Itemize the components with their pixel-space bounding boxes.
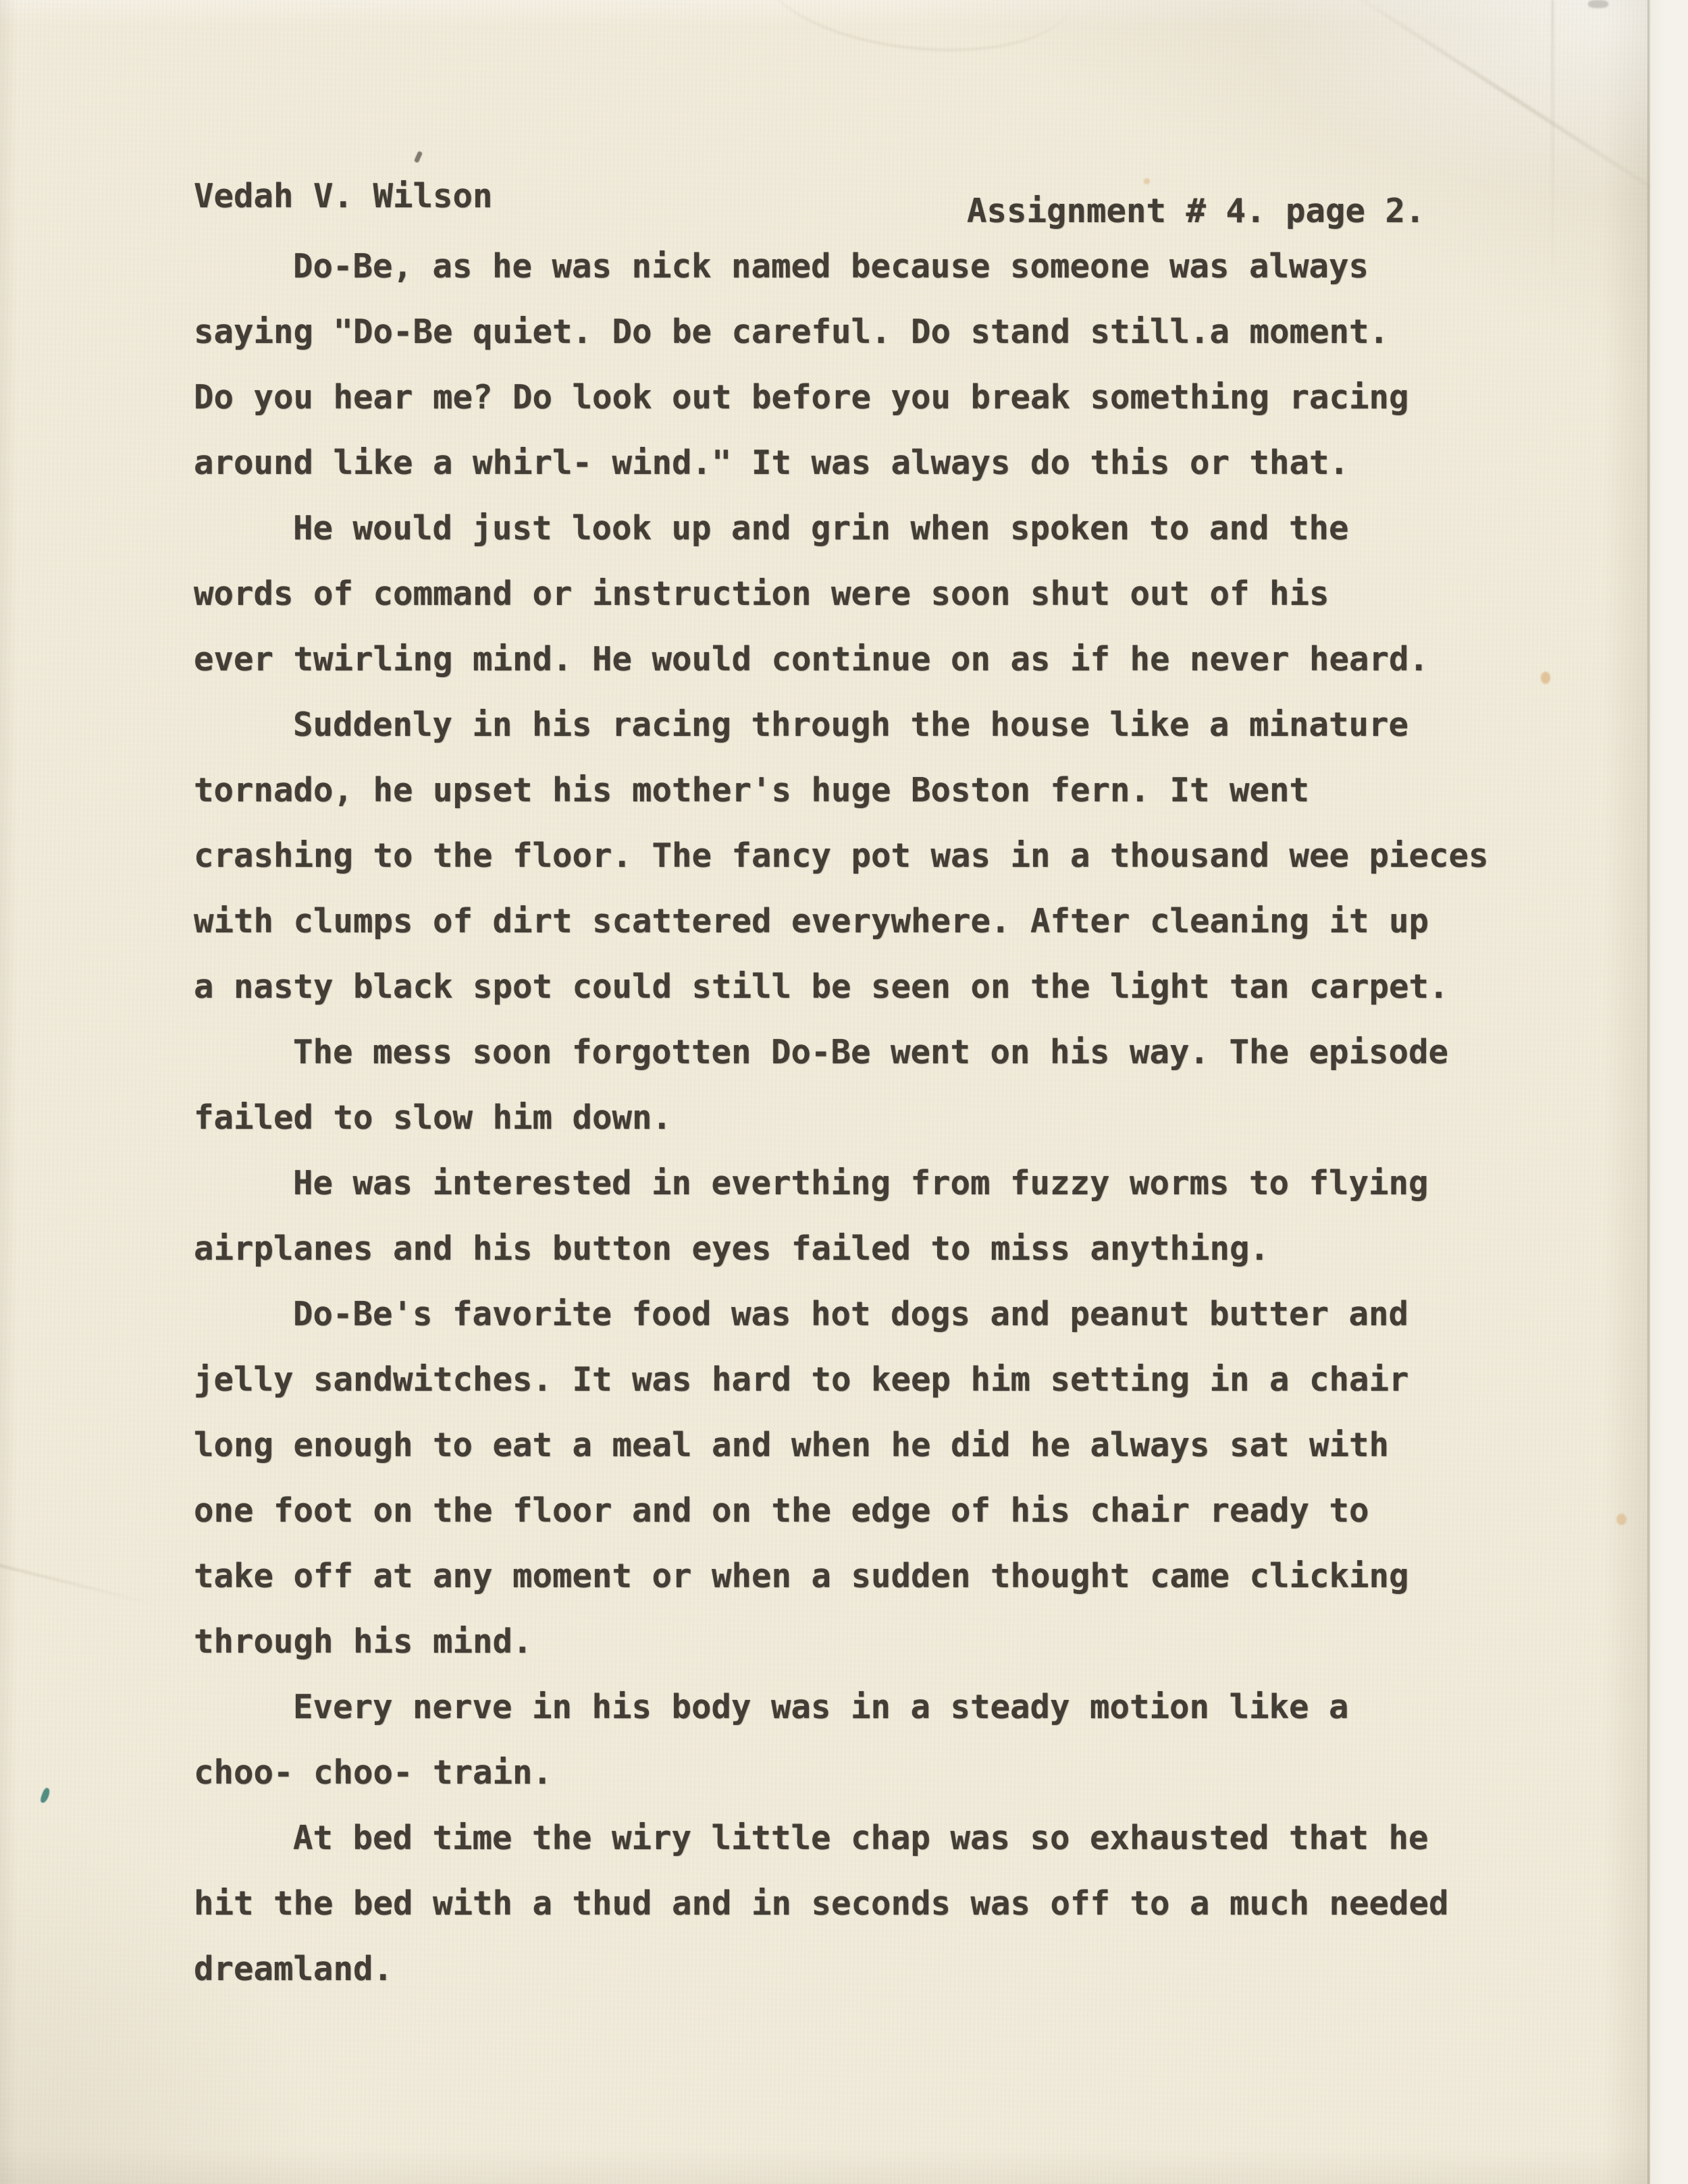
typed-line: choo- choo- train.	[194, 1740, 1544, 1805]
typed-line: The mess soon forgotten Do-Be went on hi…	[194, 1019, 1544, 1085]
typed-line: a nasty black spot could still be seen o…	[194, 954, 1544, 1019]
paper-sheet: Vedah V. Wilson Assignment # 4. page 2. …	[0, 0, 1650, 2184]
document-scan: Vedah V. Wilson Assignment # 4. page 2. …	[0, 0, 1688, 2184]
typed-line: airplanes and his button eyes failed to …	[194, 1216, 1544, 1281]
typed-line: jelly sandwitches. It was hard to keep h…	[194, 1347, 1544, 1412]
crease-mark-top-right	[1333, 0, 1688, 217]
typed-line: crashing to the floor. The fancy pot was…	[194, 823, 1544, 888]
typed-line: through his mind.	[194, 1609, 1544, 1674]
typed-line: long enough to eat a meal and when he di…	[194, 1412, 1544, 1478]
typed-line: tornado, he upset his mother's huge Bost…	[194, 757, 1544, 823]
typed-line: hit the bed with a thud and in seconds w…	[194, 1871, 1544, 1936]
typed-line: around like a whirl- wind." It was alway…	[194, 430, 1544, 496]
assignment-page-label: Assignment # 4. page 2.	[967, 192, 1425, 230]
stain-teal-mark	[39, 1787, 51, 1804]
typed-line: saying "Do-Be quiet. Do be careful. Do s…	[194, 299, 1544, 365]
typed-line: take off at any moment or when a sudden …	[194, 1543, 1544, 1609]
typed-line: At bed time the wiry little chap was so …	[194, 1805, 1544, 1871]
typed-line: dreamland.	[194, 1936, 1544, 2002]
stray-ink-tick	[414, 151, 423, 163]
typed-line: failed to slow him down.	[194, 1085, 1544, 1150]
typed-line: Do-Be, as he was nick named because some…	[194, 234, 1544, 299]
typed-line: Do you hear me? Do look out before you b…	[194, 365, 1544, 430]
stain-orange	[1616, 1514, 1627, 1525]
stain-orange	[1144, 178, 1150, 184]
typed-line: He would just look up and grin when spok…	[194, 496, 1544, 561]
crease-mark-left	[0, 1560, 157, 1605]
typed-text: Do-Be, as he was nick named because some…	[194, 234, 1544, 2002]
crease-mark-top-center	[757, 0, 1080, 65]
typed-line: He was interested in everthing from fuzz…	[194, 1150, 1544, 1216]
typed-line: with clumps of dirt scattered everywhere…	[194, 888, 1544, 954]
speck-grey	[1588, 0, 1608, 8]
typed-line: ever twirling mind. He would continue on…	[194, 627, 1544, 692]
typed-line: one foot on the floor and on the edge of…	[194, 1478, 1544, 1543]
author-name: Vedah V. Wilson	[194, 177, 493, 215]
crease-mark-right	[1552, 0, 1554, 290]
typed-line: Suddenly in his racing through the house…	[194, 692, 1544, 757]
typed-line: words of command or instruction were soo…	[194, 561, 1544, 627]
typed-line: Every nerve in his body was in a steady …	[194, 1674, 1544, 1740]
typed-line: Do-Be's favorite food was hot dogs and p…	[194, 1281, 1544, 1347]
scanner-background	[1650, 0, 1688, 2184]
